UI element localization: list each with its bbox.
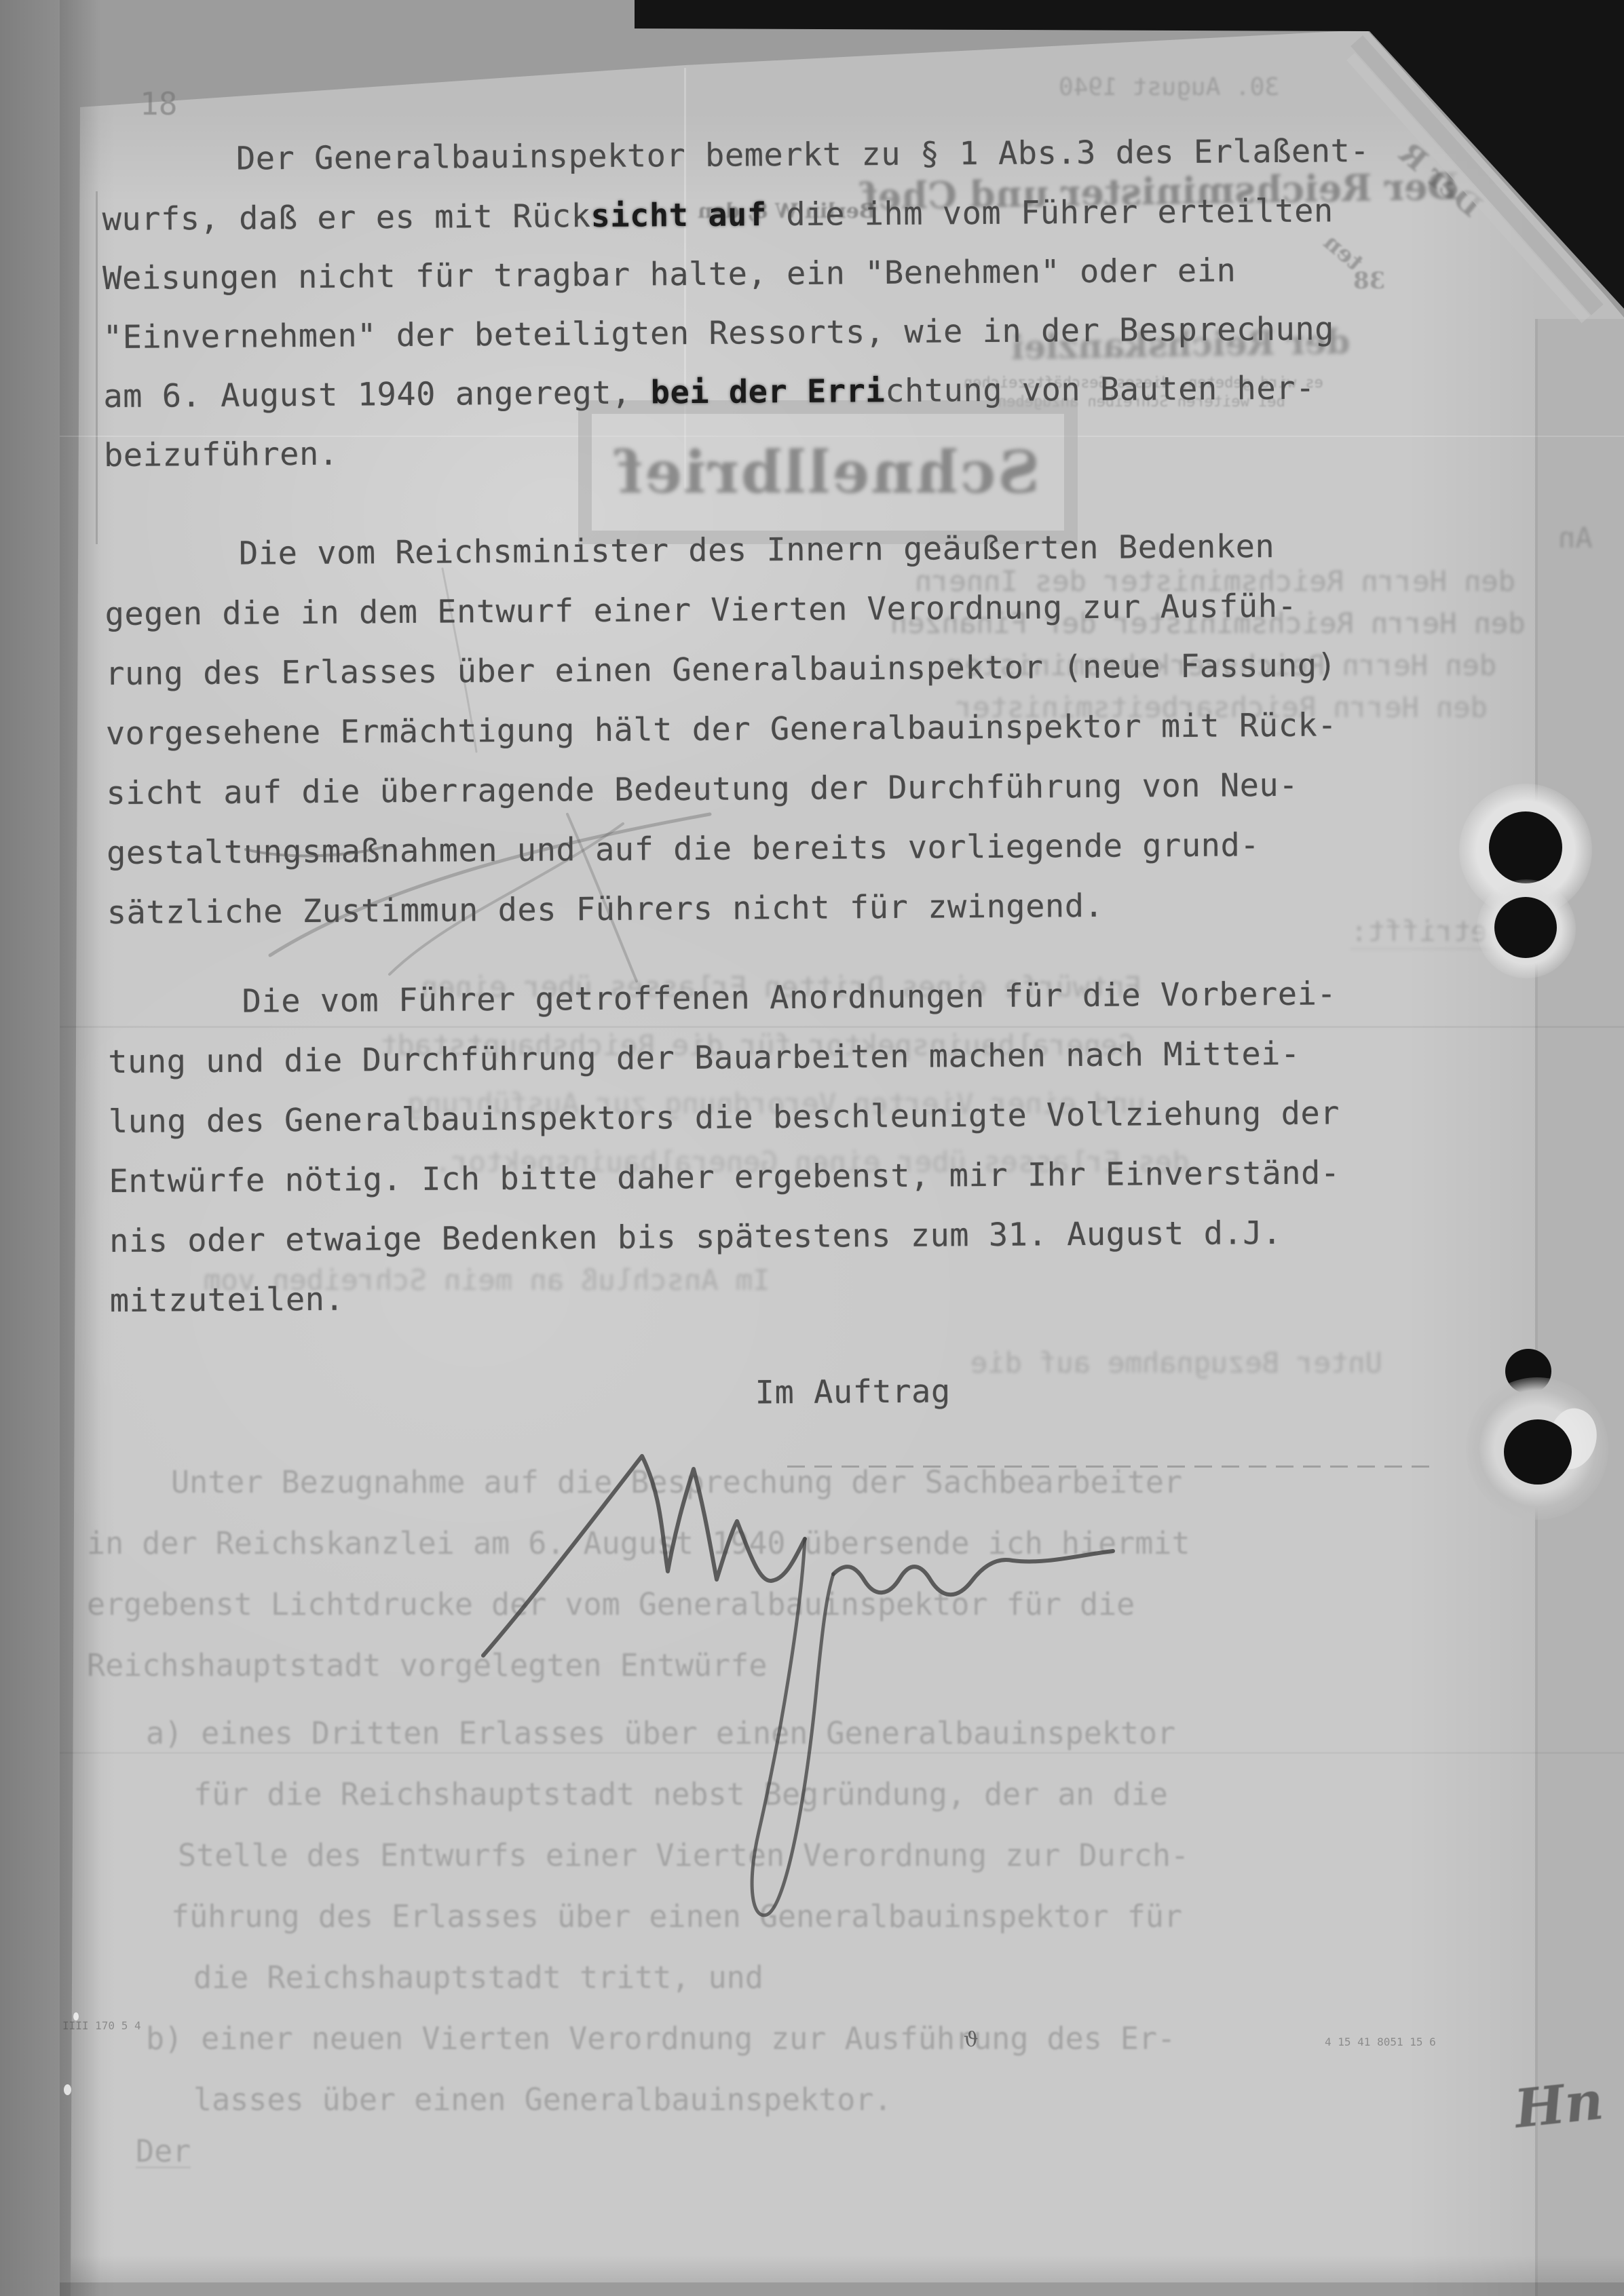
microprint-right: 4 15 41 8051 15 6 <box>1325 2037 1436 2048</box>
typed-line: gegen die in dem Entwurf einer Vierten V… <box>105 590 1297 630</box>
initials-pencil: Hn <box>1512 2074 1606 2136</box>
typed-line: Entwürfe nötig. Ich bitte daher ergebens… <box>109 1157 1340 1198</box>
typed-segment: am 6. August 1940 angeregt, <box>103 374 651 415</box>
typed-text-layer: Der Generalbauinspektor bemerkt zu § 1 A… <box>0 0 1624 2296</box>
typed-line: sätzliche Zustimmun des Führers nicht fü… <box>107 890 1104 929</box>
typed-line: gestaltungsmaßnahmen und auf die bereits… <box>107 829 1260 869</box>
scanner-margin-left <box>0 0 60 2296</box>
typed-smudged-segment: sicht auf <box>590 196 767 235</box>
closing-line: Im Auftrag <box>755 1375 951 1409</box>
typed-smudged-segment: bei der Erri <box>651 372 886 411</box>
punch-hole <box>1494 897 1557 958</box>
ink-mark: ϑ <box>964 2030 978 2050</box>
typed-line: tung und die Durchführung der Bauarbeite… <box>108 1038 1300 1078</box>
typed-line: sicht auf die überragende Bedeutung der … <box>106 769 1298 809</box>
typed-line: am 6. August 1940 angeregt, bei der Erri… <box>103 372 1315 413</box>
typed-line: lung des Generalbauinspektors die beschl… <box>109 1097 1340 1138</box>
typed-line: wurfs, daß er es mit Rücksicht auf die i… <box>102 195 1333 235</box>
typed-segment: chtung von Bauten her- <box>885 370 1315 410</box>
typed-line: Weisungen nicht für tragbar halte, ein "… <box>102 254 1236 294</box>
typed-line: vorgesehene Ermächtigung hält der Genera… <box>106 709 1337 750</box>
typed-line: Der Generalbauinspektor bemerkt zu § 1 A… <box>236 135 1370 175</box>
fastener-hole <box>1504 1419 1572 1485</box>
punch-hole <box>1489 811 1562 883</box>
white-speck <box>64 2084 71 2095</box>
scanned-letter-page: 30. August 1940 Der Reichsminister und C… <box>0 0 1624 2296</box>
typed-segment: die ihm vom Führer erteilten <box>766 192 1333 233</box>
paper-left-edge-shadow <box>60 0 100 2296</box>
typed-line: nis oder etwaige Bedenken bis spätestens… <box>109 1217 1282 1257</box>
typed-line: mitzuteilen. <box>110 1284 345 1317</box>
typed-line: beizuführen. <box>104 438 339 472</box>
page-number-pencil: 18 <box>140 88 177 119</box>
typed-line: Die vom Führer getroffenen Anordnungen f… <box>242 978 1336 1017</box>
white-speck <box>73 2012 79 2021</box>
typed-segment: wurfs, daß er es mit Rück <box>102 197 590 238</box>
typed-line: "Einvernehmen" der beteiligten Ressorts,… <box>103 313 1334 353</box>
typed-line: Die vom Reichsminister des Innern geäuße… <box>239 531 1275 570</box>
typed-line: rung des Erlasses über einen Generalbaui… <box>105 649 1336 690</box>
